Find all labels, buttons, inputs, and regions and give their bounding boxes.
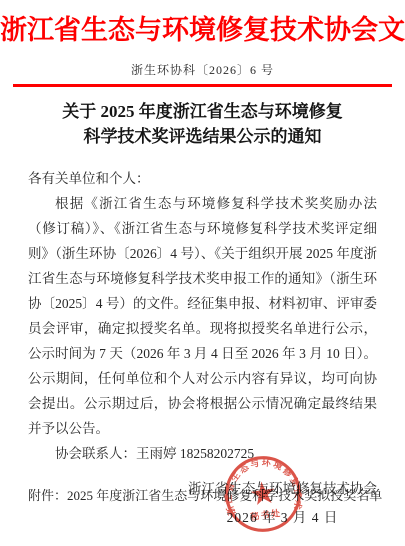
signature-date: 2026 年 3 月 4 日 — [188, 505, 377, 530]
document-title-line2: 科学技术奖评选结果公示的通知 — [0, 124, 405, 149]
official-document-page: 浙江省生态与环境修复技术协会文件 浙生环协科〔2026〕6 号 关于 2025 … — [0, 0, 405, 546]
document-title: 关于 2025 年度浙江省生态与环境修复 科学技术奖评选结果公示的通知 — [0, 99, 405, 149]
signature-block: 浙江省生态与环境修复技术协会 2026 年 3 月 4 日 — [188, 476, 377, 530]
signature-organization: 浙江省生态与环境修复技术协会 — [188, 476, 377, 501]
document-title-line1: 关于 2025 年度浙江省生态与环境修复 — [0, 99, 405, 124]
main-paragraph: 根据《浙江省生态与环境修复科学技术奖奖励办法（修订稿）》、《浙江省生态与环境修复… — [28, 191, 377, 441]
document-number: 浙生环协科〔2026〕6 号 — [0, 62, 405, 78]
document-header-title: 浙江省生态与环境修复技术协会文件 — [0, 13, 405, 47]
contact-line: 协会联系人：王雨婷 18258202725 — [28, 441, 377, 466]
document-body: 各有关单位和个人： 根据《浙江省生态与环境修复科学技术奖奖励办法（修订稿）》、《… — [28, 166, 377, 466]
red-divider-rule — [13, 84, 392, 87]
salutation: 各有关单位和个人： — [28, 166, 377, 191]
